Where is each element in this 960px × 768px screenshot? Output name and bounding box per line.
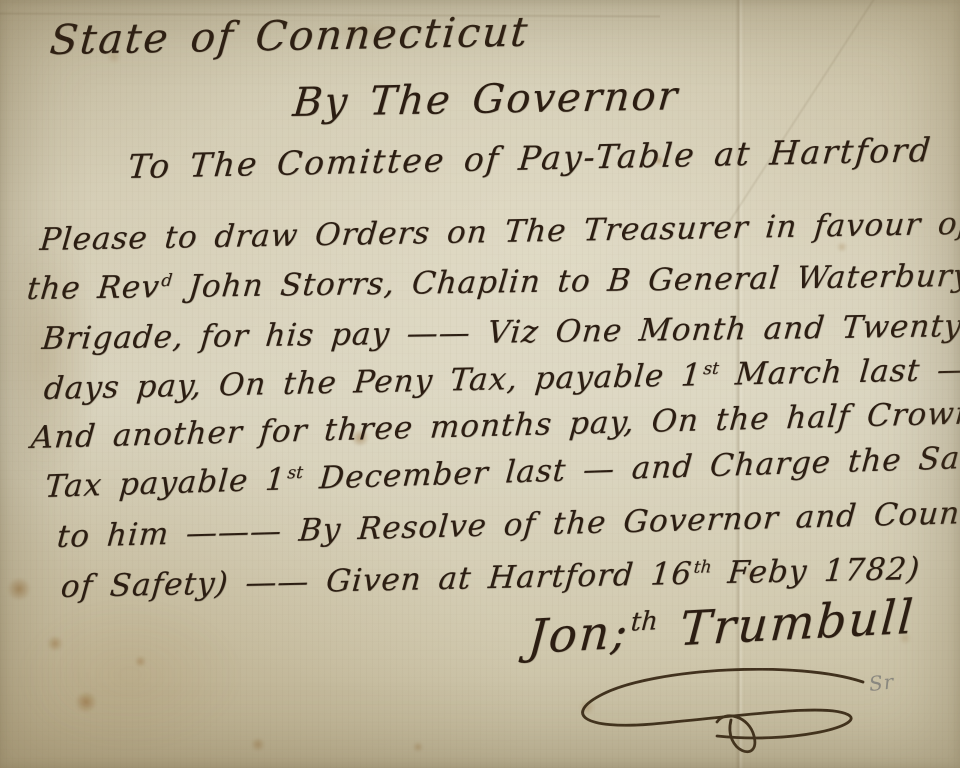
signature-flourish [545,668,875,763]
foxing-stain [18,600,242,750]
superscript-st: st [287,463,304,484]
foxing-spot [6,578,32,600]
foxing-spot [250,738,266,751]
foxing-spot [74,692,98,712]
body-line-4-text: days pay, On the Peny Tax, payable 1 [42,357,703,407]
signature-text: Jon; [526,605,631,666]
body-line-8-rest: Feby 1782) [710,551,922,591]
signature-rest: Trumbull [655,590,917,659]
superscript-th: th [630,606,659,638]
body-line-3: Brigade, for his pay —— Viz One Month an… [40,308,960,357]
body-line-2-text: the Rev [25,269,161,307]
body-line-6-text: Tax payable 1 [44,461,288,505]
foxing-spot [134,656,147,667]
body-line-6-rest: December last — and Charge the Same [301,439,960,497]
manuscript-page: State of Connecticut By The Governor To … [0,0,960,768]
superscript-st: st [703,359,720,379]
body-line-7: to him ——— By Resolve of the Governor an… [56,494,960,555]
heading-governor: By The Governor [291,73,681,126]
signature-jonathan-trumbull: Jon;th Trumbull [526,590,917,666]
heading-state: State of Connecticut [48,8,531,64]
body-line-1: Please to draw Orders on The Treasurer i… [38,206,960,258]
body-line-4-rest: March last — [717,352,960,393]
body-line-2: the Revd John Storrs, Chaplin to B Gener… [25,257,960,307]
body-line-8-text: of Safety) —— Given at Hartford 16 [59,556,693,605]
foxing-spot [412,742,424,752]
addressee-line: To The Comittee of Pay-Table at Hartford [126,130,934,186]
superscript-th: th [693,557,713,577]
body-line-2-rest: John Storrs, Chaplin to B General Waterb… [170,257,960,305]
diagonal-crease [724,0,880,229]
foxing-spot [578,700,596,714]
foxing-spot [46,636,64,651]
pencil-note: Sr [868,669,896,696]
